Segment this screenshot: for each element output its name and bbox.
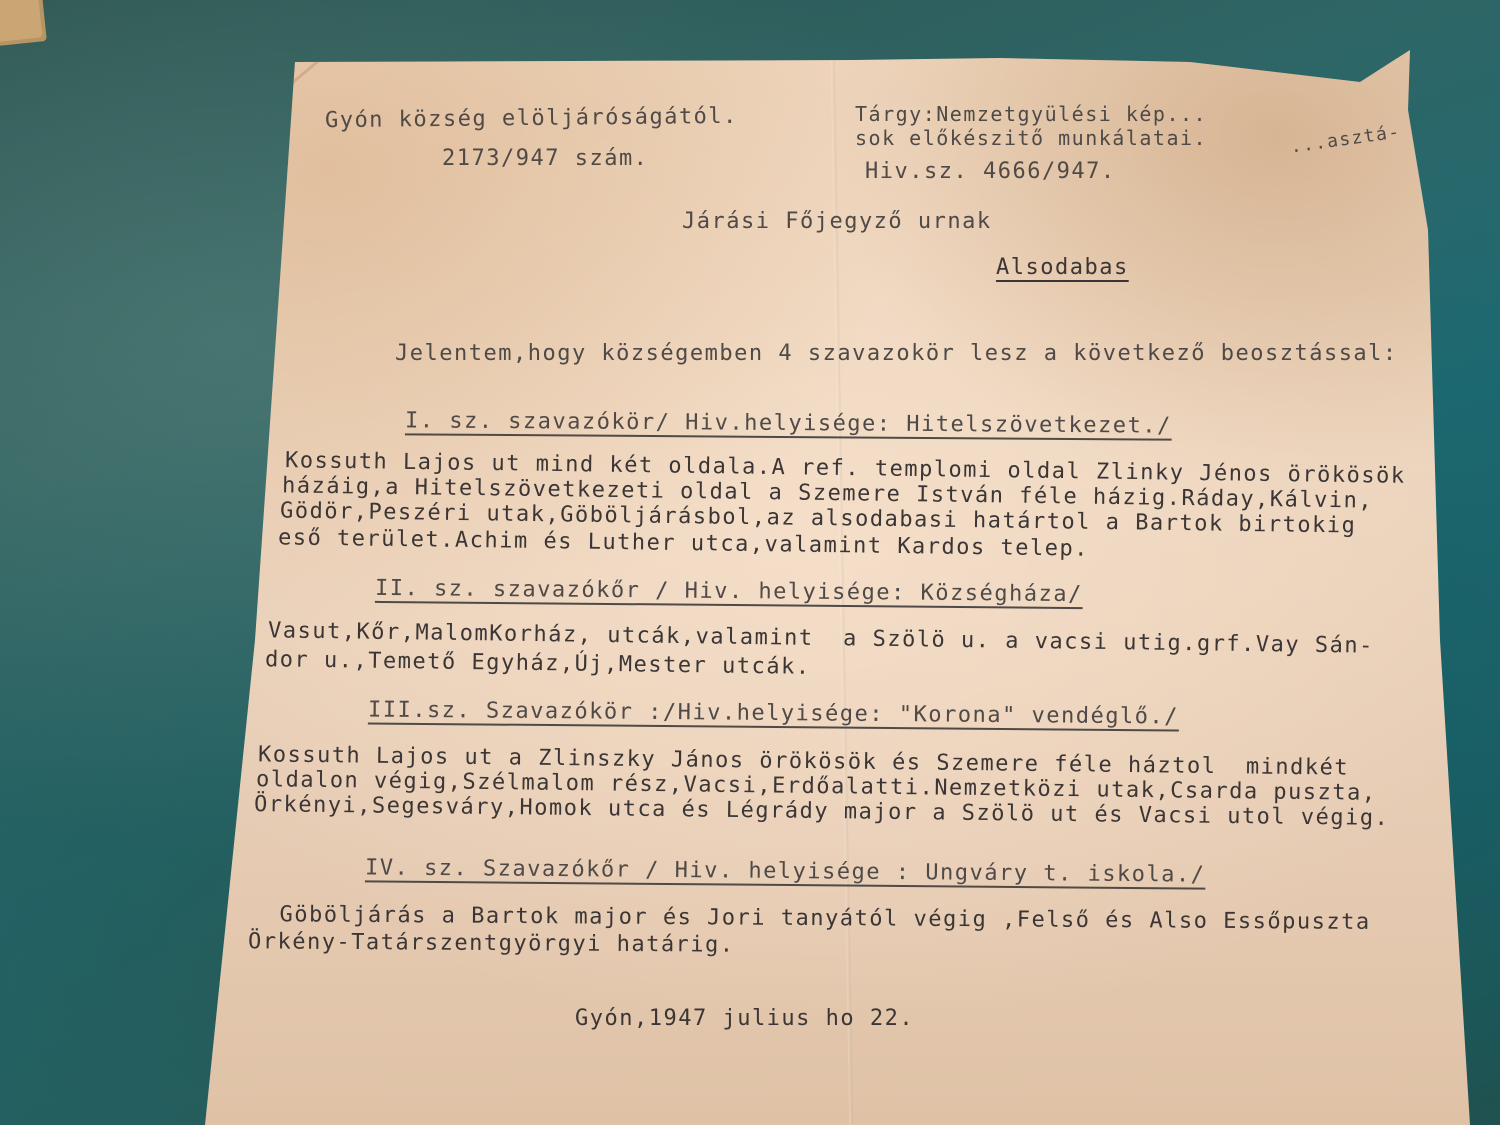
district-1-heading: I. sz. szavazókör/ Hiv.helyisége: Hitels…: [405, 407, 1172, 440]
subject-line-2: sok előkészitő munkálatai.: [855, 124, 1207, 152]
reference-number: 2173/947 szám.: [442, 145, 648, 173]
issuer: Gyón község elöljáróságától.: [325, 103, 738, 135]
district-4-line: Örkény-Tatárszentgyörgyi határig.: [248, 928, 735, 959]
recipient-title: Járási Főjegyző urnak: [682, 208, 992, 236]
background-paper-stack: [0, 0, 42, 42]
closing-date: Gyón,1947 julius ho 22.: [575, 1005, 914, 1033]
district-3-heading: III.sz. Szavazókör :/Hiv.helyisége: "Kor…: [368, 696, 1179, 731]
district-2-heading: II. sz. szavazókőr / Hiv. helyisége: Köz…: [375, 575, 1083, 609]
subject-fragment: ...asztá-: [1289, 118, 1403, 161]
paper-crease: [269, 0, 424, 103]
intro-text: Jelentem,hogy községemben 4 szavazokör l…: [395, 340, 1398, 368]
document-page: Gyón község elöljáróságától. 2173/947 sz…: [0, 0, 1500, 1125]
official-number: Hiv.sz. 4666/947.: [865, 158, 1116, 186]
district-4-heading: IV. sz. Szavazókőr / Hiv. helyisége : Un…: [365, 854, 1206, 889]
recipient-place: Alsodabas: [996, 254, 1129, 282]
